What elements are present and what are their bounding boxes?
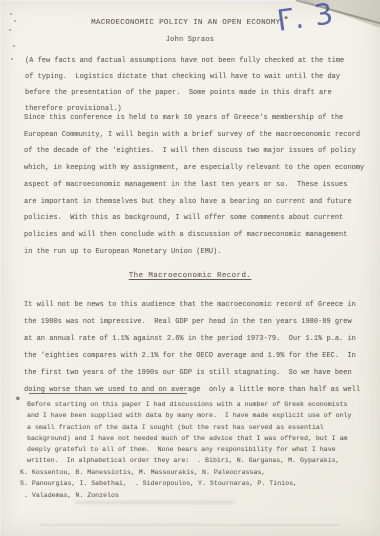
paper-speckle <box>11 58 13 60</box>
footnote-asterisk-marker: * <box>15 395 21 406</box>
paper-speckle <box>13 45 15 47</box>
title-footnote-marker: * <box>284 15 289 25</box>
scanned-document-page: Γ. 3 MACROECONOMIC POLICY IN AN OPEN ECO… <box>0 0 380 536</box>
introduction-paragraph: Since this conference is held to mark 10… <box>24 110 374 260</box>
footnote-separator-rule <box>29 393 187 394</box>
provisional-note-paragraph: (A few facts and factual assumptions hav… <box>25 53 373 117</box>
section-heading-text: The Macroeconomic Record. <box>129 272 252 280</box>
footnote-text: Before starting on this paper I had disc… <box>27 399 377 467</box>
author-name: John Spraos <box>0 36 380 44</box>
paper-speckle <box>10 13 12 15</box>
scan-smudge <box>40 524 340 526</box>
document-title-text: MACROECONOMIC POLICY IN AN OPEN ECONOMY <box>91 19 280 27</box>
document-title: MACROECONOMIC POLICY IN AN OPEN ECONOMY* <box>0 17 380 27</box>
scan-smudge <box>75 501 235 504</box>
paper-speckle <box>9 29 11 31</box>
macroeconomic-record-paragraph: It will not be news to this audience tha… <box>24 297 374 399</box>
footnote-acknowledged-names: K. Kossentou, B. Manessiotis, M. Massour… <box>20 467 375 501</box>
section-heading: The Macroeconomic Record. <box>0 272 380 280</box>
